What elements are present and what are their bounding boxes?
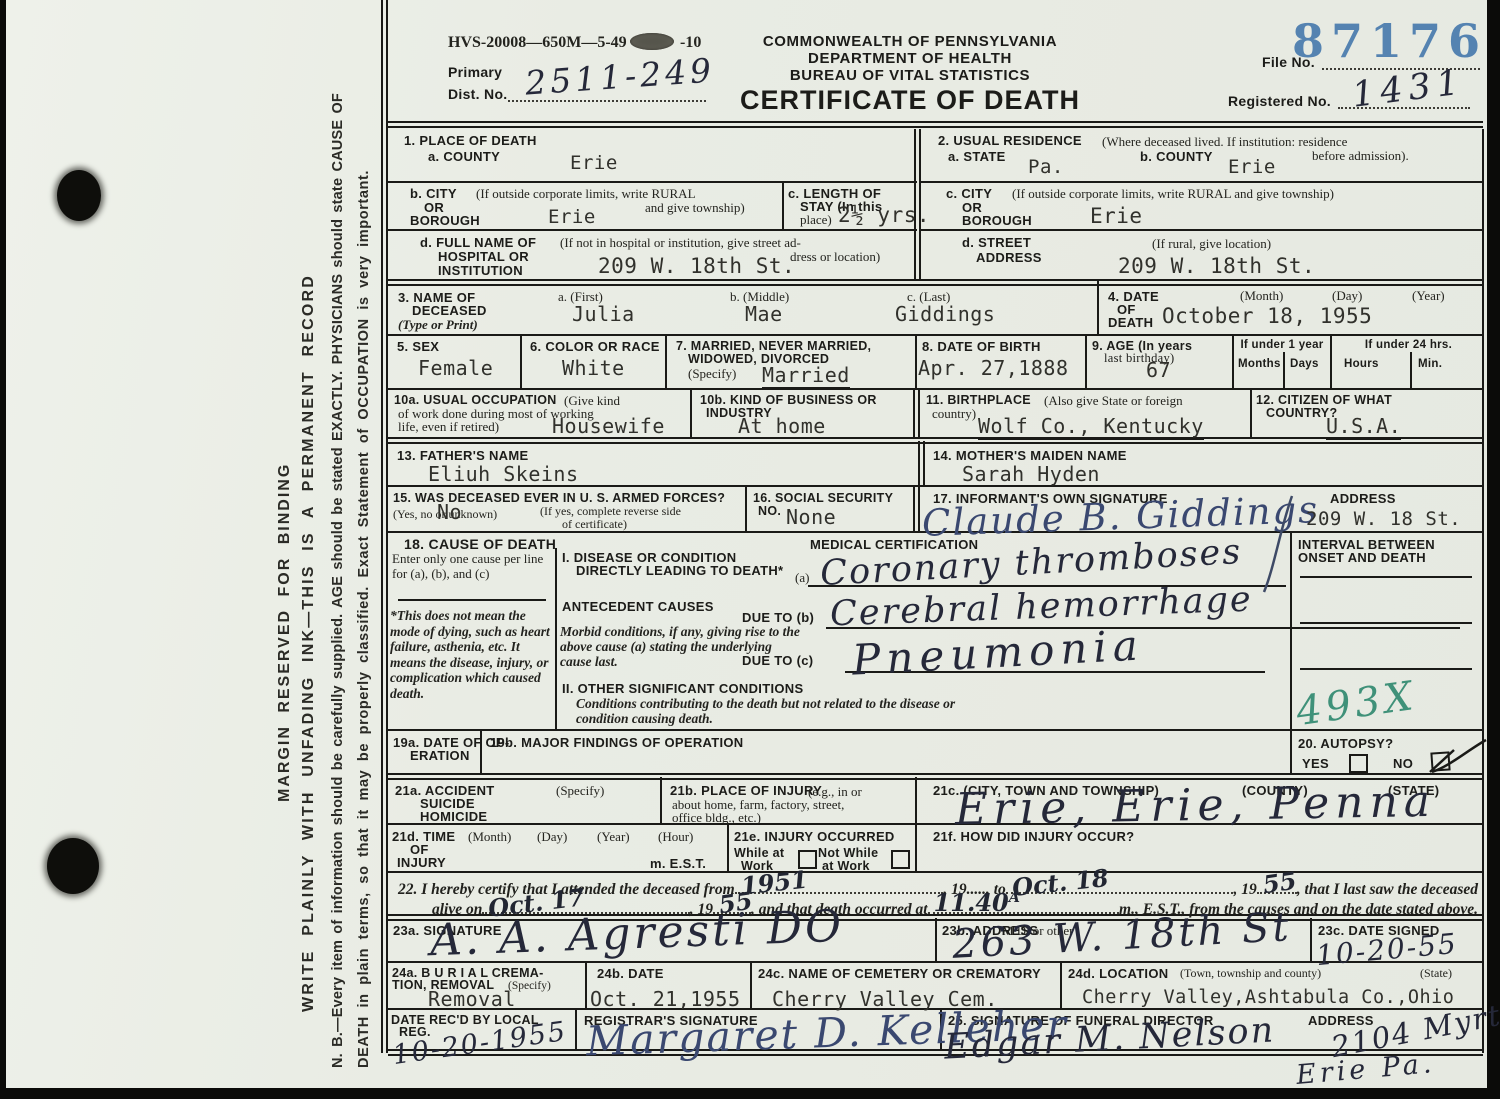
location-note2: (State): [1420, 966, 1452, 981]
middle-name-value: Mae: [745, 302, 783, 326]
autopsy-yes-label: YES: [1302, 756, 1329, 771]
street-label2: ADDRESS: [976, 250, 1042, 265]
divider: [921, 229, 1483, 231]
divider: [388, 181, 917, 183]
divider: [520, 334, 522, 388]
hospital-note2: dress or location): [790, 249, 880, 265]
registered-no-label: Registered No.: [1228, 93, 1331, 109]
punch-hole-top: [57, 170, 101, 221]
due-to-b-label: DUE TO (b): [742, 610, 814, 625]
file-no-label: File No.: [1262, 54, 1315, 70]
birthplace-note1: (Also give State or foreign: [1044, 393, 1183, 409]
sex-label: 5. SEX: [397, 339, 439, 354]
state-seal-icon: [630, 33, 674, 50]
divider: [555, 548, 557, 729]
city-borough-label: b. CITY: [410, 186, 457, 201]
armed-forces-note3: of certificate): [562, 517, 627, 532]
not-while-label: Not While: [818, 846, 878, 860]
mother-value: Sarah Hyden: [962, 462, 1100, 486]
divider: [388, 279, 1483, 286]
divider: [935, 918, 937, 961]
birthplace-note2: country): [932, 406, 976, 422]
industry-label: 10b. KIND OF BUSINESS OR: [700, 393, 877, 407]
usual-residence-title: 2. USUAL RESIDENCE: [938, 133, 1082, 148]
header-department: DEPARTMENT OF HEALTH: [755, 50, 1065, 67]
divider: [1410, 352, 1412, 388]
informant-address-label: ADDRESS: [1330, 491, 1396, 506]
length-of-stay-label3: place): [800, 212, 832, 228]
certify-toyear-value: 55: [1261, 869, 1297, 897]
form-number-suffix: -10: [680, 34, 701, 52]
date-of-operation-label2: ERATION: [410, 748, 470, 763]
certify-time-value: 11.40A: [934, 891, 1020, 915]
divider: [1330, 334, 1332, 388]
marital-label: 7. MARRIED, NEVER MARRIED,: [676, 339, 871, 353]
interval-line3: [1300, 668, 1472, 670]
res-county-value: Erie: [1228, 156, 1276, 178]
race-label: 6. COLOR OR RACE: [530, 339, 660, 354]
toi-year: (Year): [597, 829, 630, 845]
ssn-value: None: [786, 505, 836, 529]
city-value: Erie: [548, 206, 596, 228]
certify-to-blank: Oct. 18: [1006, 878, 1234, 894]
interval-line2: [1300, 622, 1472, 624]
toi-month: (Month): [468, 829, 511, 845]
divider: [727, 823, 729, 871]
divider: [750, 961, 752, 1008]
name-label3: (Type or Print): [398, 317, 478, 333]
divider: [921, 181, 1483, 183]
divider: [388, 121, 1483, 128]
primary-label: Primary: [448, 64, 502, 80]
divider: [388, 229, 917, 231]
street-value: 209 W. 18th St.: [1118, 254, 1315, 278]
divider: [913, 485, 920, 531]
location-note1: (Town, township and county): [1180, 966, 1321, 981]
header-bureau: BUREAU OF VITAL STATISTICS: [755, 67, 1065, 84]
occupation-label: 10a. USUAL OCCUPATION: [394, 393, 557, 407]
dod-year-label: (Year): [1412, 288, 1445, 304]
due-to-c-label: DUE TO (c): [742, 653, 813, 668]
cemetery-label: 24c. NAME OF CEMETERY OR CREMATORY: [758, 966, 1041, 981]
hospital-note: (If not in hospital or institution, give…: [560, 235, 801, 251]
date-of-death-label3: DEATH: [1108, 315, 1153, 330]
under-24hrs-label: If under 24 hrs.: [1336, 339, 1481, 351]
toi-est: m. E.S.T.: [650, 856, 706, 871]
antecedent-label: ANTECEDENT CAUSES: [562, 599, 714, 614]
place-of-death-title: 1. PLACE OF DEATH: [404, 133, 537, 148]
divider: [913, 388, 920, 437]
cause-note2: *This does not mean the mode of dying, s…: [390, 608, 552, 701]
not-while-at-work-checkbox: [891, 850, 910, 869]
dod-month-label: (Month): [1240, 288, 1283, 304]
marital-specify: (Specify): [688, 366, 736, 382]
date-of-death-value: October 18, 1955: [1162, 304, 1372, 328]
death-certificate-scan: MARGIN RESERVED FOR BINDING WRITE PLAINL…: [0, 0, 1500, 1099]
certify-text3: , 19: [1233, 881, 1256, 899]
ssn-label: 16. SOCIAL SECURITY: [753, 491, 893, 505]
location-label: 24d. LOCATION: [1068, 966, 1168, 981]
birthplace-label: 11. BIRTHPLACE: [926, 393, 1031, 407]
how-injury-label: 21f. HOW DID INJURY OCCUR?: [933, 829, 1134, 844]
divider: [388, 871, 1483, 873]
dob-label: 8. DATE OF BIRTH: [922, 339, 1041, 354]
accident-specify: (Specify): [556, 783, 604, 799]
divider: [1310, 918, 1312, 961]
certify-text4: , that I last saw the deceased: [1297, 881, 1478, 899]
under-1yr-label: If under 1 year: [1236, 339, 1328, 351]
divider: [1250, 388, 1252, 437]
sex-value: Female: [418, 356, 493, 380]
while-at-label: While at: [734, 846, 784, 860]
toi-hour: (Hour): [658, 829, 693, 845]
cause-note1: Enter only one cause per line for (a), (…: [392, 552, 550, 581]
dod-day-label: (Day): [1332, 288, 1362, 304]
interval-line1: [1300, 576, 1472, 578]
interval-label2: ONSET AND DEATH: [1298, 550, 1426, 565]
toi-day: (Day): [537, 829, 567, 845]
city-note2: and give township): [645, 200, 745, 216]
occupation-value: Housewife: [552, 414, 665, 438]
hospital-label3: INSTITUTION: [438, 263, 523, 278]
state-value: Pa.: [1028, 156, 1064, 178]
certify-time-blank: 11.40A: [928, 898, 1119, 914]
certify-toyear-blank: 55: [1257, 878, 1297, 894]
other-conditions-note: Conditions contributing to the death but…: [576, 697, 966, 726]
location-value: Cherry Valley,Ashtabula Co.,Ohio: [1082, 987, 1454, 1008]
divider: [1232, 334, 1234, 388]
cause-a-mark: (a): [795, 570, 809, 586]
last-name-value: Giddings: [895, 302, 995, 326]
punch-hole-bottom: [47, 838, 99, 894]
informant-address-value: 209 W. 18 St.: [1306, 508, 1461, 530]
margin-nb-line1: N. B.—Every item of information should b…: [330, 93, 346, 1068]
state-label: a. STATE: [948, 149, 1006, 164]
father-value: Eliuh Skeins: [428, 462, 579, 486]
father-label: 13. FATHER'S NAME: [397, 448, 528, 463]
divider: [398, 599, 546, 601]
first-name-value: Julia: [572, 302, 635, 326]
dob-value: Apr. 27,1888: [918, 356, 1069, 380]
res-city-value: Erie: [1090, 204, 1143, 228]
dist-no-label: Dist. No.: [448, 86, 507, 102]
certify-time-num: 11.40: [934, 888, 1009, 917]
divider: [575, 1010, 577, 1049]
race-value: White: [562, 356, 625, 380]
burial-date-label: 24b. DATE: [597, 966, 664, 981]
hospital-label2: HOSPITAL OR: [438, 249, 529, 264]
injury-city-value: Erie, Erie, Penna: [955, 780, 1437, 832]
place-of-injury-label: 21b. PLACE OF INJURY: [670, 783, 822, 798]
certify-to-value: Oct. 18: [1011, 866, 1110, 900]
divider: [915, 777, 917, 823]
occupation-note3: life, even if retired): [398, 419, 499, 435]
industry-value: At home: [738, 414, 826, 438]
residence-note2: before admission).: [1312, 148, 1409, 164]
min-label: Min.: [1418, 358, 1442, 370]
disease-label2: DIRECTLY LEADING TO DEATH*: [576, 563, 783, 578]
injury-note3: office bldg., etc.): [672, 810, 761, 826]
divider: [1085, 334, 1087, 388]
margin-binding-note: MARGIN RESERVED FOR BINDING: [276, 463, 294, 802]
autopsy-no-label: NO: [1393, 756, 1413, 771]
ssn-label2: NO.: [758, 504, 781, 518]
armed-forces-value: No: [437, 500, 462, 524]
age-value: 67: [1146, 358, 1171, 382]
header-commonwealth: COMMONWEALTH OF PENNSYLVANIA: [755, 33, 1065, 50]
days-label: Days: [1290, 358, 1319, 370]
divider: [782, 181, 784, 229]
certify-from-blank: 1951: [735, 878, 944, 894]
divider: [1290, 729, 1292, 773]
divider: [388, 388, 1483, 390]
autopsy-label: 20. AUTOPSY?: [1298, 736, 1393, 751]
certificate-title: CERTIFICATE OF DEATH: [740, 85, 1080, 116]
mother-label: 14. MOTHER'S MAIDEN NAME: [933, 448, 1127, 463]
county-label: a. COUNTY: [428, 149, 500, 164]
name-label2: DECEASED: [412, 303, 487, 318]
at-work-label: at Work: [822, 859, 870, 873]
birthplace-value: Wolf Co., Kentucky: [978, 414, 1204, 440]
length-of-stay-value: 2½ yrs.: [838, 203, 930, 227]
hospital-label: d. FULL NAME OF: [420, 235, 536, 250]
divider: [915, 823, 917, 871]
street-label: d. STREET: [962, 235, 1031, 250]
months-label: Months: [1238, 358, 1281, 370]
res-county-label: b. COUNTY: [1140, 149, 1213, 164]
burial-value: Removal: [428, 987, 516, 1011]
injury-occurred-label: 21e. INJURY OCCURRED: [734, 829, 895, 844]
divider: [1097, 281, 1099, 334]
res-borough-label: BOROUGH: [962, 213, 1032, 228]
divider: [690, 388, 692, 437]
divider: [665, 334, 667, 388]
hospital-value: 209 W. 18th St.: [598, 254, 795, 278]
res-city-note: (If outside corporate limits, write RURA…: [1012, 186, 1334, 202]
homicide-label: HOMICIDE: [420, 809, 487, 824]
autopsy-yes-checkbox: [1349, 754, 1368, 773]
divider: [585, 961, 587, 1008]
pen-flourish: [1258, 492, 1298, 596]
divider: [388, 437, 1483, 444]
residence-note: (Where deceased lived. If institution: r…: [1102, 134, 1347, 150]
cause-of-death-title: 18. CAUSE OF DEATH: [404, 536, 556, 552]
divider: [388, 334, 1483, 336]
divider: [918, 441, 925, 485]
divider: [915, 334, 917, 388]
divider: [660, 777, 662, 823]
divider: [1283, 352, 1285, 388]
citizen-label: 12. CITIZEN OF WHAT: [1256, 393, 1392, 407]
margin-permanent-note: WRITE PLAINLY WITH UNFADING INK—THIS IS …: [300, 274, 318, 1012]
citizen-value: U.S.A.: [1326, 414, 1401, 440]
margin-nb-line2: DEATH in plain terms, so that it may be …: [356, 170, 372, 1068]
other-conditions-label: II. OTHER SIGNIFICANT CONDITIONS: [562, 681, 803, 696]
burial-date-value: Oct. 21,1955: [590, 987, 741, 1011]
toi-injury: INJURY: [397, 855, 446, 870]
major-findings-label: 19b. MAJOR FINDINGS OF OPERATION: [490, 735, 744, 750]
borough-label: BOROUGH: [410, 213, 480, 228]
autopsy-check-mark: [1424, 726, 1488, 776]
form-number: HVS-20008—650M—5-49: [448, 34, 627, 52]
res-city-label: c. CITY: [946, 186, 992, 201]
marital-value: Married: [762, 363, 850, 389]
divider: [745, 485, 747, 531]
binding-rule: [381, 0, 388, 1053]
county-value: Erie: [570, 152, 618, 174]
certify-time-ampm: A: [1009, 889, 1020, 906]
street-note: (If rural, give location): [1152, 236, 1271, 252]
hours-label: Hours: [1344, 358, 1379, 370]
